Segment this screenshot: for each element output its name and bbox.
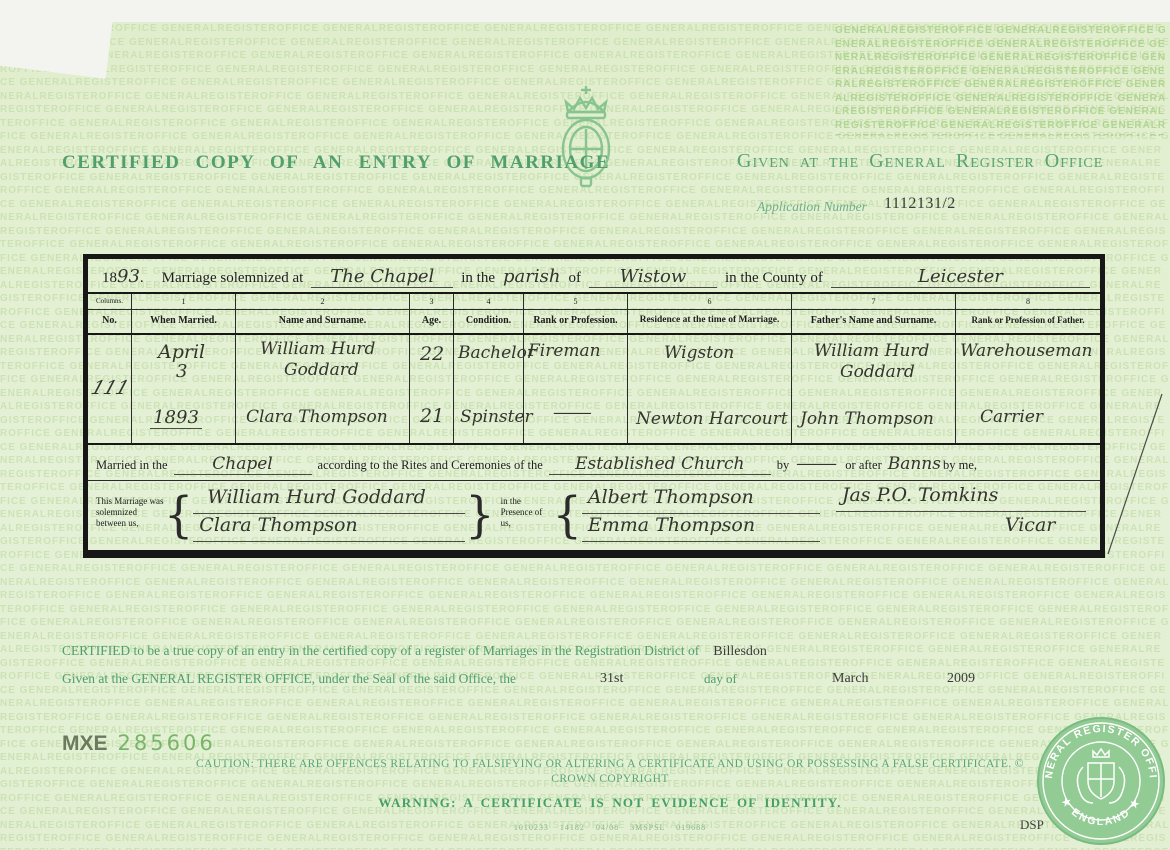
officiant-signature: Jas P.O. Tomkins	[836, 484, 1086, 512]
cell-father-professions: Warehouseman Carrier	[956, 335, 1100, 443]
brace-open-witnesses: {	[553, 482, 582, 551]
column-number: 4	[454, 294, 524, 309]
serial-number: 285606	[118, 731, 216, 755]
column-number: 2	[236, 294, 410, 309]
cell-father-names: William Hurd Goddard John Thompson	[792, 335, 956, 443]
bride-residence: Newton Harcourt	[636, 409, 788, 429]
year-written: 93	[117, 266, 140, 287]
of-label: of	[568, 270, 581, 287]
by-label: by	[777, 458, 790, 473]
county-name: Leicester	[831, 266, 1090, 288]
presence-label: in the Presence of us,	[495, 484, 553, 550]
bride-signature: Clara Thompson	[193, 514, 465, 542]
certification-line-1: CERTIFIED to be a true copy of an entry …	[62, 643, 1122, 660]
column-number: 3	[410, 294, 454, 309]
application-number-label: Application Number	[757, 199, 867, 215]
header-condition: Condition.	[454, 310, 524, 333]
cell-entry-no: 111	[88, 335, 132, 443]
entry-month: April	[158, 341, 205, 363]
by-me-label: by me,	[943, 458, 977, 473]
column-number: 8	[956, 294, 1100, 309]
cell-conditions: Bachelor Spinster	[454, 335, 524, 443]
column-number: 5	[524, 294, 628, 309]
groom-father-line1: William Hurd	[814, 341, 929, 361]
header-father-profession: Rank or Profession of Father.	[956, 310, 1100, 333]
bride-profession-dash: —	[552, 403, 593, 423]
rites-prefix: according to the Rites and Ceremonies of…	[318, 458, 543, 473]
certificate-scan: GENERALREGISTEROFFICE GENERALREGISTEROFF…	[0, 0, 1170, 850]
entry-year: 1893	[150, 407, 202, 429]
place-of-marriage: The Chapel	[311, 266, 453, 288]
cell-names: William Hurd Goddard Clara Thompson	[236, 335, 410, 443]
married-in-place: Chapel	[174, 454, 312, 475]
cell-professions: Fireman —	[524, 335, 628, 443]
brace-close: }	[465, 482, 494, 551]
certificate-title: CERTIFIED COPY OF AN ENTRY OF MARRIAGE	[62, 152, 610, 174]
groom-profession: Fireman	[528, 341, 601, 361]
cell-residences: Wigston Newton Harcourt	[628, 335, 792, 443]
witness-signatures: Albert Thompson Emma Thompson	[582, 484, 820, 550]
groom-signature: William Hurd Goddard	[193, 486, 465, 514]
registration-district: Billesdon	[713, 644, 767, 660]
entry-day: 3	[176, 361, 187, 382]
officiant-block: Jas P.O. Tomkins Vicar	[820, 484, 1094, 550]
bride-father: John Thompson	[800, 409, 934, 429]
certification-line-2: Given at the GENERAL REGISTER OFFICE, un…	[62, 671, 1122, 693]
groom-name-line2: Goddard	[284, 360, 359, 380]
register-year-row: 18 93 . Marriage solemnized at The Chape…	[88, 259, 1100, 294]
certification-text: CERTIFIED to be a true copy of an entry …	[62, 643, 699, 659]
marriage-register-table: 18 93 . Marriage solemnized at The Chape…	[83, 254, 1105, 558]
married-in-row: Married in the Chapel according to the R…	[88, 445, 1100, 481]
cell-when-married: April 3 1893	[132, 335, 236, 443]
or-after-label: or after	[845, 458, 881, 473]
by-dash: —	[795, 453, 838, 474]
column-number: 6	[628, 294, 792, 309]
header-rank-profession: Rank or Profession.	[524, 310, 628, 333]
entry-no: 111	[88, 377, 131, 399]
header-father-name: Father's Name and Surname.	[792, 310, 956, 333]
year-period: .	[140, 270, 144, 287]
given-at-text: Given at the GENERAL REGISTER OFFICE, un…	[62, 671, 516, 687]
header-age: Age.	[410, 310, 454, 333]
solemnized-label: This Marriage was solemnized between us,	[96, 484, 164, 550]
application-number-value: 1112131/2	[884, 195, 956, 213]
groom-age: 22	[420, 343, 444, 365]
witness-signature-2: Emma Thompson	[582, 514, 820, 542]
issue-day: 31st	[600, 671, 623, 687]
groom-residence: Wigston	[664, 343, 734, 363]
column-number: 7	[792, 294, 956, 309]
bride-age: 21	[420, 405, 444, 427]
general-register-office-seal: GENERAL REGISTER OFFICE ★ ENGLAND ★	[1031, 711, 1170, 850]
couple-signatures: William Hurd Goddard Clara Thompson	[193, 484, 465, 550]
brace-open: {	[164, 482, 193, 551]
header-name-surname: Name and Surname.	[236, 310, 410, 333]
in-the-label: in the	[461, 270, 495, 287]
cell-ages: 22 21	[410, 335, 454, 443]
table-header-row: No. When Married. Name and Surname. Age.…	[88, 310, 1100, 335]
parish-name: Wistow	[589, 266, 717, 288]
district-type: parish	[503, 266, 560, 287]
header-no: No.	[88, 310, 132, 333]
header-when-married: When Married.	[132, 310, 236, 333]
rites-value: Established Church	[549, 454, 771, 475]
bride-condition: Spinster	[460, 407, 533, 427]
issue-month: March	[832, 671, 869, 687]
groom-father-line2: Goddard	[840, 362, 915, 382]
day-of-label: day of	[704, 671, 737, 687]
issue-year: 2009	[947, 671, 975, 687]
royal-crest-icon	[550, 84, 622, 190]
print-code: 1010233 14182 04/08 3MSPSL 019688	[440, 823, 780, 832]
bride-father-profession: Carrier	[980, 407, 1043, 427]
column-number: 1	[132, 294, 236, 309]
columns-label: Columns.	[88, 294, 132, 309]
county-prefix: in the County of	[725, 270, 823, 287]
entry-data-row: 111 April 3 1893 William Hurd Goddard Cl…	[88, 335, 1100, 445]
caution-text: CAUTION: THERE ARE OFFENCES RELATING TO …	[180, 757, 1040, 787]
column-number-row: Columns. 1 2 3 4 5 6 7 8	[88, 294, 1100, 310]
banns-value: Banns	[888, 454, 941, 474]
officiant-title: Vicar	[1005, 514, 1056, 536]
pen-stroke-mark	[1098, 388, 1170, 560]
witness-signature-1: Albert Thompson	[582, 486, 820, 514]
certificate-serial: MXE 285606	[62, 731, 216, 756]
warning-text: WARNING: A CERTIFICATE IS NOT EVIDENCE O…	[180, 795, 1040, 811]
year-printed: 18	[102, 270, 117, 287]
bride-name: Clara Thompson	[246, 407, 388, 427]
solemnized-prefix: Marriage solemnized at	[162, 270, 304, 287]
married-in-prefix: Married in the	[96, 458, 168, 473]
header-residence: Residence at the time of Marriage.	[628, 310, 792, 333]
signatures-row: This Marriage was solemnized between us,…	[88, 481, 1100, 550]
issuing-office-title: Given at the General Register Office	[737, 150, 1103, 173]
groom-father-profession: Warehouseman	[960, 341, 1092, 361]
serial-prefix: MXE	[62, 732, 108, 756]
groom-name-line1: William Hurd	[260, 339, 375, 359]
